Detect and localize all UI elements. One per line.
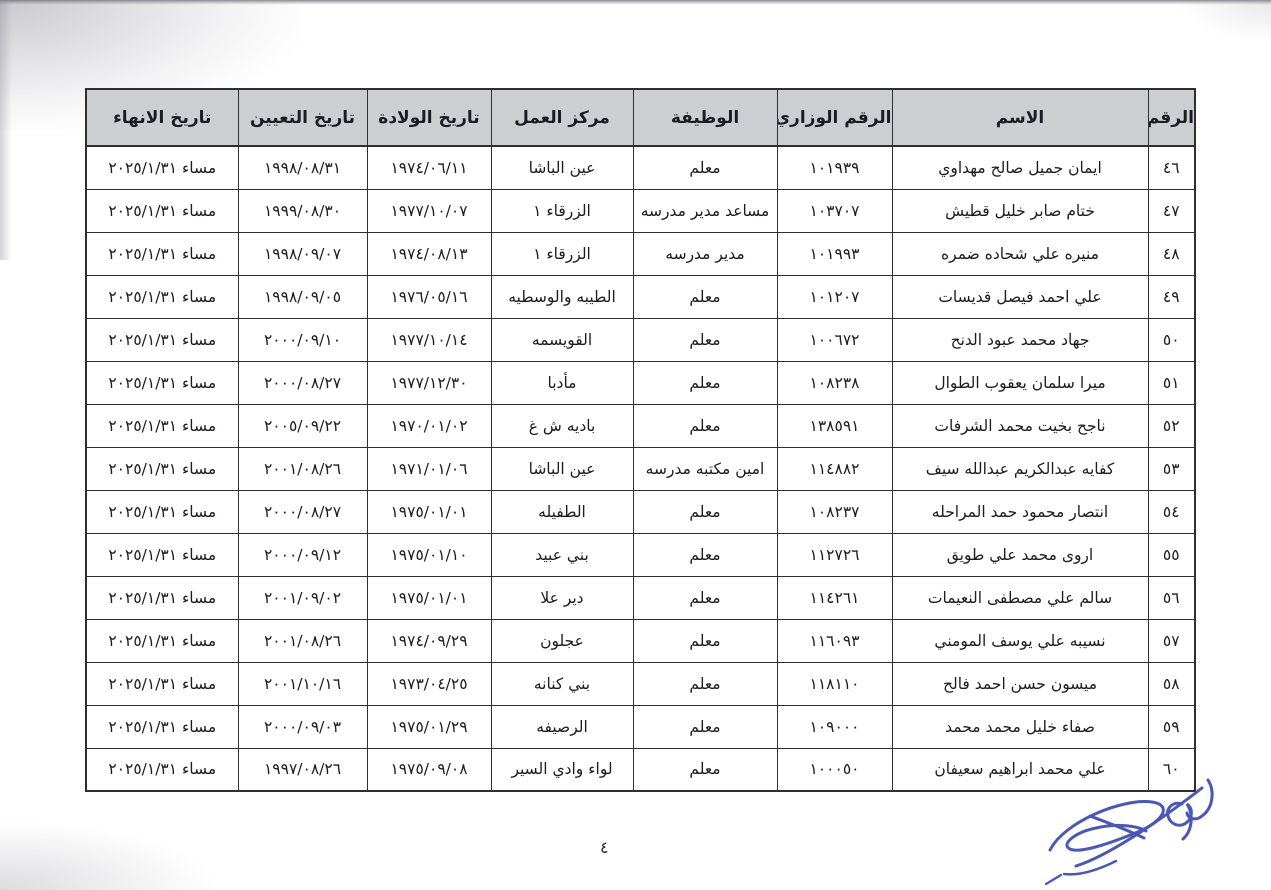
cell-birth-date: ١٩٧٤/٠٩/٢٩	[367, 619, 491, 662]
cell-num: ٥١	[1148, 361, 1195, 404]
cell-job: معلم	[633, 275, 777, 318]
cell-name: علي احمد فيصل قديسات	[892, 275, 1148, 318]
cell-work-center: القويسمه	[491, 318, 633, 361]
cell-ministry-no: ١٠١٢٠٧	[777, 275, 892, 318]
page-number: ٤	[600, 838, 609, 857]
table-row: ٥٢ ناجح بخيت محمد الشرفات ١٣٨٥٩١ معلم با…	[86, 404, 1195, 447]
table-row: ٥٠ جهاد محمد عبود الدنح ١٠٠٦٧٢ معلم القو…	[86, 318, 1195, 361]
cell-name: منيره علي شحاده ضمره	[892, 232, 1148, 275]
cell-name: ميسون حسن احمد فالح	[892, 662, 1148, 705]
cell-end-date: مساء ٢٠٢٥/١/٣١	[86, 232, 238, 275]
cell-appointment-date: ١٩٩٨/٠٩/٠٥	[238, 275, 367, 318]
cell-appointment-date: ٢٠٠٠/٠٨/٢٧	[238, 490, 367, 533]
cell-birth-date: ١٩٧٧/١٢/٣٠	[367, 361, 491, 404]
cell-job: معلم	[633, 361, 777, 404]
cell-birth-date: ١٩٧١/٠١/٠٦	[367, 447, 491, 490]
cell-work-center: لواء وادي السير	[491, 748, 633, 791]
cell-birth-date: ١٩٧٥/٠١/٢٩	[367, 705, 491, 748]
cell-work-center: باديه ش غ	[491, 404, 633, 447]
cell-end-date: مساء ٢٠٢٥/١/٣١	[86, 275, 238, 318]
header-num: الرقم	[1148, 89, 1195, 146]
employee-table: الرقم الاسم الرقم الوزاري الوظيفة مركز ا…	[85, 88, 1196, 792]
cell-end-date: مساء ٢٠٢٥/١/٣١	[86, 146, 238, 189]
cell-appointment-date: ١٩٩٧/٠٨/٢٦	[238, 748, 367, 791]
cell-num: ٥٦	[1148, 576, 1195, 619]
cell-job: معلم	[633, 662, 777, 705]
header-job: الوظيفة	[633, 89, 777, 146]
cell-work-center: الرصيفه	[491, 705, 633, 748]
cell-end-date: مساء ٢٠٢٥/١/٣١	[86, 533, 238, 576]
cell-birth-date: ١٩٧٥/٠١/٠١	[367, 576, 491, 619]
cell-ministry-no: ١١٨١١٠	[777, 662, 892, 705]
scan-corner-shadow-top-right	[1181, 0, 1271, 40]
cell-job: معلم	[633, 705, 777, 748]
cell-appointment-date: ٢٠٠١/٠٨/٢٦	[238, 447, 367, 490]
cell-name: انتصار محمود حمد المراحله	[892, 490, 1148, 533]
cell-num: ٥٧	[1148, 619, 1195, 662]
cell-end-date: مساء ٢٠٢٥/١/٣١	[86, 619, 238, 662]
cell-appointment-date: ٢٠٠١/٠٨/٢٦	[238, 619, 367, 662]
cell-name: ايمان جميل صالح مهداوي	[892, 146, 1148, 189]
cell-work-center: دير علا	[491, 576, 633, 619]
cell-work-center: الزرقاء ١	[491, 232, 633, 275]
cell-birth-date: ١٩٧٥/٠١/١٠	[367, 533, 491, 576]
cell-end-date: مساء ٢٠٢٥/١/٣١	[86, 705, 238, 748]
cell-num: ٥٩	[1148, 705, 1195, 748]
cell-num: ٥٠	[1148, 318, 1195, 361]
cell-ministry-no: ١١٢٧٢٦	[777, 533, 892, 576]
cell-appointment-date: ١٩٩٨/٠٩/٠٧	[238, 232, 367, 275]
cell-end-date: مساء ٢٠٢٥/١/٣١	[86, 662, 238, 705]
cell-birth-date: ١٩٧٠/٠١/٠٢	[367, 404, 491, 447]
cell-num: ٤٧	[1148, 189, 1195, 232]
header-name: الاسم	[892, 89, 1148, 146]
cell-birth-date: ١٩٧٧/١٠/١٤	[367, 318, 491, 361]
cell-job: معلم	[633, 146, 777, 189]
cell-job: معلم	[633, 404, 777, 447]
cell-job: امين مكتبه مدرسه	[633, 447, 777, 490]
table-header-row: الرقم الاسم الرقم الوزاري الوظيفة مركز ا…	[86, 89, 1195, 146]
cell-appointment-date: ٢٠٠٠/٠٩/١٠	[238, 318, 367, 361]
cell-work-center: مأدبا	[491, 361, 633, 404]
table-row: ٥٣ كفايه عبدالكريم عبدالله سيف ١١٤٨٨٢ ام…	[86, 447, 1195, 490]
table-row: ٤٨ منيره علي شحاده ضمره ١٠١٩٩٣ مدير مدرس…	[86, 232, 1195, 275]
cell-ministry-no: ١٠١٩٣٩	[777, 146, 892, 189]
cell-name: ميرا سلمان يعقوب الطوال	[892, 361, 1148, 404]
cell-num: ٥٨	[1148, 662, 1195, 705]
cell-ministry-no: ١٠٣٧٠٧	[777, 189, 892, 232]
table-row: ٥١ ميرا سلمان يعقوب الطوال ١٠٨٢٣٨ معلم م…	[86, 361, 1195, 404]
cell-work-center: الطيبه والوسطيه	[491, 275, 633, 318]
cell-ministry-no: ١١٤٨٨٢	[777, 447, 892, 490]
cell-ministry-no: ١٠٩٠٠٠	[777, 705, 892, 748]
table-row: ٤٦ ايمان جميل صالح مهداوي ١٠١٩٣٩ معلم عي…	[86, 146, 1195, 189]
cell-ministry-no: ١٠٨٢٣٨	[777, 361, 892, 404]
cell-num: ٤٦	[1148, 146, 1195, 189]
cell-ministry-no: ١١٦٠٩٣	[777, 619, 892, 662]
cell-end-date: مساء ٢٠٢٥/١/٣١	[86, 490, 238, 533]
table-row: ٦٠ علي محمد ابراهيم سعيفان ١٠٠٠٥٠ معلم ل…	[86, 748, 1195, 791]
cell-ministry-no: ١٠١٩٩٣	[777, 232, 892, 275]
cell-job: معلم	[633, 619, 777, 662]
cell-name: سالم علي مصطفى النعيمات	[892, 576, 1148, 619]
cell-end-date: مساء ٢٠٢٥/١/٣١	[86, 748, 238, 791]
cell-num: ٥٢	[1148, 404, 1195, 447]
table-row: ٤٧ ختام صابر خليل قطيش ١٠٣٧٠٧ مساعد مدير…	[86, 189, 1195, 232]
table-body: ٤٦ ايمان جميل صالح مهداوي ١٠١٩٣٩ معلم عي…	[86, 146, 1195, 791]
cell-work-center: بني عبيد	[491, 533, 633, 576]
cell-job: معلم	[633, 490, 777, 533]
cell-ministry-no: ١٣٨٥٩١	[777, 404, 892, 447]
cell-name: اروى محمد علي طويق	[892, 533, 1148, 576]
cell-birth-date: ١٩٧٣/٠٤/٢٥	[367, 662, 491, 705]
cell-num: ٤٩	[1148, 275, 1195, 318]
cell-appointment-date: ١٩٩٩/٠٨/٣٠	[238, 189, 367, 232]
cell-ministry-no: ١٠٠٦٧٢	[777, 318, 892, 361]
cell-appointment-date: ٢٠٠٠/٠٩/٠٣	[238, 705, 367, 748]
cell-num: ٤٨	[1148, 232, 1195, 275]
cell-job: مدير مدرسه	[633, 232, 777, 275]
cell-work-center: عين الباشا	[491, 447, 633, 490]
cell-birth-date: ١٩٧٦/٠٥/١٦	[367, 275, 491, 318]
scanned-document-page: { "colors":{ "page_bg":"#ffffff", "heade…	[0, 0, 1271, 890]
cell-num: ٥٤	[1148, 490, 1195, 533]
cell-birth-date: ١٩٧٥/٠٩/٠٨	[367, 748, 491, 791]
cell-work-center: الطفيله	[491, 490, 633, 533]
cell-birth-date: ١٩٧٤/٠٨/١٣	[367, 232, 491, 275]
cell-end-date: مساء ٢٠٢٥/١/٣١	[86, 404, 238, 447]
cell-appointment-date: ٢٠٠١/١٠/١٦	[238, 662, 367, 705]
header-end-date: تاريخ الانهاء	[86, 89, 238, 146]
cell-end-date: مساء ٢٠٢٥/١/٣١	[86, 447, 238, 490]
cell-work-center: عجلون	[491, 619, 633, 662]
cell-ministry-no: ١٠٠٠٥٠	[777, 748, 892, 791]
cell-appointment-date: ١٩٩٨/٠٨/٣١	[238, 146, 367, 189]
cell-work-center: عين الباشا	[491, 146, 633, 189]
cell-work-center: بني كنانه	[491, 662, 633, 705]
cell-name: كفايه عبدالكريم عبدالله سيف	[892, 447, 1148, 490]
cell-end-date: مساء ٢٠٢٥/١/٣١	[86, 361, 238, 404]
table-row: ٤٩ علي احمد فيصل قديسات ١٠١٢٠٧ معلم الطي…	[86, 275, 1195, 318]
cell-name: ناجح بخيت محمد الشرفات	[892, 404, 1148, 447]
cell-job: معلم	[633, 318, 777, 361]
cell-name: جهاد محمد عبود الدنح	[892, 318, 1148, 361]
scan-edge-shadow-left	[0, 0, 12, 260]
header-work-center: مركز العمل	[491, 89, 633, 146]
cell-job: معلم	[633, 533, 777, 576]
table-row: ٥٩ صفاء خليل محمد محمد ١٠٩٠٠٠ معلم الرصي…	[86, 705, 1195, 748]
cell-num: ٥٥	[1148, 533, 1195, 576]
cell-work-center: الزرقاء ١	[491, 189, 633, 232]
cell-name: ختام صابر خليل قطيش	[892, 189, 1148, 232]
cell-num: ٥٣	[1148, 447, 1195, 490]
cell-ministry-no: ١١٤٢٦١	[777, 576, 892, 619]
signature-scribble	[1030, 768, 1250, 890]
header-appointment-date: تاريخ التعيين	[238, 89, 367, 146]
table-row: ٥٤ انتصار محمود حمد المراحله ١٠٨٢٣٧ معلم…	[86, 490, 1195, 533]
cell-name: صفاء خليل محمد محمد	[892, 705, 1148, 748]
cell-name: نسيبه علي يوسف المومني	[892, 619, 1148, 662]
cell-job: معلم	[633, 576, 777, 619]
table-row: ٥٨ ميسون حسن احمد فالح ١١٨١١٠ معلم بني ك…	[86, 662, 1195, 705]
cell-appointment-date: ٢٠٠٠/٠٨/٢٧	[238, 361, 367, 404]
table-row: ٥٦ سالم علي مصطفى النعيمات ١١٤٢٦١ معلم د…	[86, 576, 1195, 619]
cell-end-date: مساء ٢٠٢٥/١/٣١	[86, 318, 238, 361]
header-ministry-no: الرقم الوزاري	[777, 89, 892, 146]
cell-ministry-no: ١٠٨٢٣٧	[777, 490, 892, 533]
header-birth-date: تاريخ الولادة	[367, 89, 491, 146]
cell-end-date: مساء ٢٠٢٥/١/٣١	[86, 189, 238, 232]
cell-appointment-date: ٢٠٠٠/٠٩/١٢	[238, 533, 367, 576]
table-row: ٥٧ نسيبه علي يوسف المومني ١١٦٠٩٣ معلم عج…	[86, 619, 1195, 662]
cell-birth-date: ١٩٧٥/٠١/٠١	[367, 490, 491, 533]
scan-corner-shadow-bottom-left	[0, 820, 220, 890]
cell-appointment-date: ٢٠٠١/٠٩/٠٢	[238, 576, 367, 619]
cell-birth-date: ١٩٧٧/١٠/٠٧	[367, 189, 491, 232]
cell-birth-date: ١٩٧٤/٠٦/١١	[367, 146, 491, 189]
cell-job: معلم	[633, 748, 777, 791]
cell-job: مساعد مدير مدرسه	[633, 189, 777, 232]
cell-appointment-date: ٢٠٠٥/٠٩/٢٢	[238, 404, 367, 447]
cell-end-date: مساء ٢٠٢٥/١/٣١	[86, 576, 238, 619]
table-row: ٥٥ اروى محمد علي طويق ١١٢٧٢٦ معلم بني عب…	[86, 533, 1195, 576]
